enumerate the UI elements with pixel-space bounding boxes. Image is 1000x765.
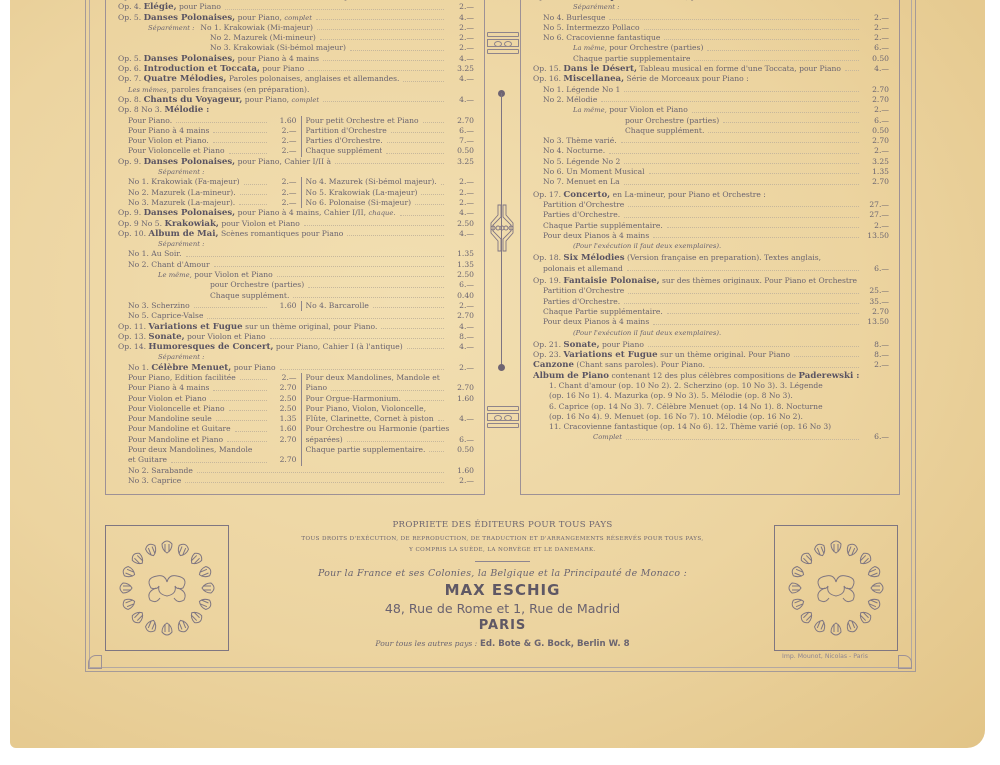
catalog-row: Op. 17. Concerto, en La-mineur, pour Pia…: [533, 190, 889, 200]
work-title: Quatre Mélodies,: [144, 74, 227, 84]
opus-number: Op. 9.: [118, 157, 141, 166]
price: 4.—: [863, 64, 889, 74]
entry-text: (Pour l'exécution il faut deux exemplair…: [533, 241, 721, 251]
price: 4.—: [448, 74, 474, 84]
price: 2.—: [448, 23, 474, 33]
work-title: Canzone: [533, 360, 574, 370]
dot-leader: [308, 280, 444, 287]
work-title: Danses Polonaises,: [144, 157, 236, 167]
entry-text: Canzone (Chant sans paroles). Pour Piano…: [533, 360, 705, 370]
price: 2.—: [448, 177, 474, 187]
ornament-bar: [487, 406, 519, 411]
entry-label: No 1. Krakowiak (Mi-majeur): [200, 23, 313, 32]
price: 2.70: [863, 136, 889, 146]
catalog-row: Op. 13. Sonate, pour Violon et Piano8.—: [118, 332, 474, 342]
catalog-row: Complet6.—: [533, 432, 889, 442]
work-title: Krakowiak,: [164, 219, 218, 229]
work-note: complet: [284, 14, 312, 22]
entry-text: Op. 8 No 3. Mélodie :: [118, 105, 209, 115]
price: 2.—: [863, 33, 889, 43]
catalog-row: Parties d'Orchestre.35.—: [533, 297, 889, 307]
dot-leader: [628, 200, 859, 207]
dot-leader: [225, 2, 444, 9]
publisher-imprint: PROPRIETE DES ÉDITEURS POUR TOUS PAYS TO…: [105, 515, 900, 665]
entry-text: No 3. Mazurek (La-majeur).: [128, 198, 235, 208]
opus-number: Op. 23.: [533, 350, 561, 359]
catalog-row: Pour Mandoline seule1.35: [128, 414, 297, 424]
price: 13.50: [863, 231, 889, 241]
entry-text: Op. 19. Fantaisie Polonaise, sur des thè…: [533, 276, 857, 286]
album-contents-line: (op. 16 No 4). 9. Menuet (op. 16 No 7). …: [533, 412, 889, 422]
work-title: Variations et Fugue: [148, 322, 242, 332]
dot-leader: [387, 136, 444, 143]
dot-leader: [421, 188, 444, 195]
entry-text: pour Orchestre (parties): [533, 116, 719, 126]
separately-label: Séparément :: [118, 24, 194, 32]
catalog-row: Pour Piano, Violon, Violoncelle,: [306, 404, 475, 414]
price: 1.60: [448, 394, 474, 404]
dot-leader: [405, 394, 444, 401]
dot-leader: [350, 43, 444, 50]
entry-label: Flûte, Clarinette, Cornet à piston: [306, 414, 434, 423]
entry-label: No 3. Thème varié.: [543, 136, 617, 145]
italic-note: Séparément :: [158, 353, 204, 361]
price-list-right: No 4. Mazurek (Si-bémol majeur).2.—No 5.…: [302, 177, 475, 208]
entry-label: Pour Orchestre ou Harmonie (parties: [306, 424, 450, 433]
dot-leader: [415, 198, 444, 205]
price: 4.—: [448, 229, 474, 239]
opus-number: Op. 9 No 5.: [118, 219, 162, 228]
entry-text: Op. 6. Introduction et Toccata, pour Pia…: [118, 64, 304, 74]
catalog-row: Les mêmes, paroles françaises (en prépar…: [118, 85, 474, 95]
entry-label: Parties d'Orchestre.: [543, 297, 620, 306]
work-description: pour Piano,: [238, 13, 282, 22]
price: 0.50: [863, 126, 889, 136]
dot-leader: [277, 270, 444, 277]
opus-number: Op. 5.: [118, 54, 141, 63]
opus-number: Op. 4.: [118, 2, 141, 11]
price: 2.70: [863, 307, 889, 317]
price: 25.—: [863, 286, 889, 296]
entry-text: Séparément :: [533, 2, 619, 12]
entry-label: No 2. Chant d'Amour: [128, 260, 210, 269]
price-list-right: No 4. Barcarolle2.—: [302, 301, 475, 311]
dot-leader: [709, 360, 859, 367]
entry-text: No 5. Légende No 2: [533, 157, 620, 167]
dot-leader: [323, 54, 444, 61]
price: 2.—: [863, 221, 889, 231]
catalog-row: Le même, pour Violon et Piano2.50: [118, 270, 474, 280]
price: 2.—: [271, 188, 297, 198]
entry-label: Pour Violoncelle et Piano: [128, 404, 225, 413]
catalog-row: Op. 5. Danses Polonaises, pour Piano à 4…: [118, 54, 474, 64]
catalog-row: Pour Violon et Piano.2.—: [128, 136, 297, 146]
ornament-bar: [487, 413, 519, 421]
catalog-row: No 3. Scherzino1.60: [128, 301, 297, 311]
opus-number: Op. 17.: [533, 190, 561, 199]
entry-text: Pour Orchestre ou Harmonie (parties: [306, 424, 450, 434]
catalog-row: No 1. Légende No 12.70: [533, 85, 889, 95]
price: 2.—: [863, 13, 889, 23]
entry-label: Pour Violon et Piano: [128, 394, 206, 403]
entry-text: No 3. Caprice: [118, 476, 181, 486]
entry-label: No 1. Au Soir.: [128, 249, 182, 258]
work-description: (Chant sans paroles). Pour Piano.: [576, 360, 705, 369]
item-number: No 1.: [128, 363, 149, 372]
catalog-row: Pour Mandoline et Guitare1.60: [128, 424, 297, 434]
dot-leader: [216, 414, 267, 421]
catalog-row: Op. 15. Dans le Désert, Tableau musical …: [533, 64, 889, 74]
work-title: Album de Mai,: [148, 229, 218, 239]
work-title: Miscellanea,: [563, 74, 624, 84]
catalog-row: No 3. Caprice2.—: [118, 476, 474, 486]
dot-leader: [609, 13, 859, 20]
two-column-prices: No 1. Krakowiak (Fa-majeur)2.—No 2. Mazu…: [118, 177, 474, 208]
entry-text: No 1. Au Soir.: [118, 249, 182, 259]
price: 2.70: [271, 455, 297, 465]
wreath-emblem-icon: [106, 526, 228, 650]
price: 8.—: [863, 340, 889, 350]
entry-text: Pour Violon et Piano.: [128, 136, 209, 146]
entry-label: No 4. Burlesque: [543, 13, 605, 22]
entry-label: No 2. Sarabande: [128, 466, 193, 475]
opus-number: Op. 9.: [118, 208, 141, 217]
catalog-row: No 1. Célèbre Menuet, pour Piano2.—: [118, 363, 474, 373]
entry-label: No 5. Caprice-Valse: [128, 311, 203, 320]
entry-text: Pour Mandoline et Piano: [128, 435, 223, 445]
entry-text: No 1. Krakowiak (Fa-majeur): [128, 177, 240, 187]
entry-label: Parties d'Orchestre.: [543, 210, 620, 219]
dot-leader: [624, 177, 859, 184]
entry-text: Op. 14. Humoresques de Concert, pour Pia…: [118, 342, 403, 352]
entry-label: No 7. Menuet en La: [543, 177, 620, 186]
entry-text: Op. 17. Concerto, en La-mineur, pour Pia…: [533, 190, 766, 200]
opus-number: Op. 7.: [118, 74, 141, 83]
entry-label: et Guitare: [128, 455, 167, 464]
price: 1.60: [271, 424, 297, 434]
dot-leader: [194, 301, 267, 308]
price: 4.—: [448, 95, 474, 105]
entry-text: No 7. Menuet en La: [533, 177, 620, 187]
italic-note: La même,: [573, 44, 607, 52]
dot-leader: [708, 126, 859, 133]
price: 2.—: [448, 188, 474, 198]
price: 6.—: [448, 126, 474, 136]
price: 2.—: [863, 23, 889, 33]
album-contents-text: (op. 16 No 1). 4. Mazurka (op. 9 No 3). …: [533, 391, 793, 401]
catalog-row: Séparément :No 1. Krakowiak (Mi-majeur)2…: [118, 23, 474, 33]
price: 2.—: [271, 373, 297, 383]
price: 1.60: [271, 116, 297, 126]
catalog-row: Op. 5. Danses Polonaises, pour Piano, co…: [118, 13, 474, 23]
dot-leader: [624, 297, 859, 304]
dot-leader: [335, 157, 444, 164]
entry-text: Pour Piano, Edition facilitée: [128, 373, 236, 383]
two-column-prices: Pour Piano, Edition facilitée2.—Pour Pia…: [118, 373, 474, 466]
catalog-row: Séparément :: [533, 2, 889, 12]
price: 2.50: [448, 270, 474, 280]
entry-text: Parties d'Orchestre.: [306, 136, 383, 146]
opus-number: Op. 8.: [118, 95, 141, 104]
entry-text: Op. 10. Album de Mai, Scènes romantiques…: [118, 229, 343, 239]
catalog-row: Op. 9 No 5. Krakowiak, pour Violon et Pi…: [118, 219, 474, 229]
dot-leader: [381, 322, 444, 329]
catalog-row: Op. 14. Humoresques de Concert, pour Pia…: [118, 342, 474, 352]
price: 35.—: [863, 297, 889, 307]
dot-leader: [210, 394, 266, 401]
entry-text: Pour Piano.: [128, 116, 172, 126]
catalog-row: Op. 7. Quatre Mélodies, Paroles polonais…: [118, 74, 474, 84]
entry-text: No 3. Krakowiak (Si-bémol majeur): [118, 43, 346, 53]
price: 0.50: [448, 146, 474, 156]
entry-label: Chaque supplément: [306, 146, 383, 155]
catalog-row: No 3. Mazurek (La-majeur).2.—: [128, 198, 297, 208]
dot-leader: [626, 432, 859, 439]
catalog-row: Album de Piano contenant 12 des plus cél…: [533, 371, 889, 381]
catalog-row: No 2. Chant d'Amour1.35: [118, 260, 474, 270]
entry-text: Pour deux Mandolines, Mandole: [128, 445, 252, 455]
price: 0.50: [863, 54, 889, 64]
catalog-row: Pour Piano.1.60: [128, 116, 297, 126]
work-title: Sonate,: [148, 332, 184, 342]
price-list-left: Pour Piano, Edition facilitée2.—Pour Pia…: [118, 373, 302, 466]
entry-text: No 6. Un Moment Musical: [533, 167, 645, 177]
work-title: Concerto,: [563, 190, 610, 200]
price: 2.—: [448, 476, 474, 486]
album-title: Album de Piano: [533, 371, 609, 381]
album-contents-text: 1. Chant d'amour (op. 10 No 2). 2. Scher…: [533, 381, 823, 391]
entry-text: Séparément :: [118, 352, 204, 362]
price: 0.40: [448, 291, 474, 301]
italic-note: Séparément :: [158, 168, 204, 176]
price: 6.—: [863, 264, 889, 274]
album-description: contenant 12 des plus célèbres compositi…: [611, 371, 796, 380]
price: 2.—: [448, 363, 474, 373]
price: 2.—: [863, 360, 889, 370]
opus-number: Op. 13.: [118, 332, 146, 341]
work-description: sur un thème original, pour Piano.: [245, 322, 377, 331]
dot-leader: [308, 64, 444, 71]
entry-text: Op. 7. Quatre Mélodies, Paroles polonais…: [118, 74, 399, 84]
entry-text: Op. 16. Miscellanea, Série de Morceaux p…: [533, 74, 749, 84]
entry-label: No 2. Mazurek (La-mineur).: [128, 188, 236, 197]
catalog-row: No 7. Menuet en La2.70: [533, 177, 889, 187]
price: 2.—: [271, 146, 297, 156]
work-title: Introduction et Toccata,: [144, 64, 260, 74]
entry-text: Pour Violon et Piano: [128, 394, 206, 404]
catalog-row: Op. 8. Chants du Voyageur, pour Piano, c…: [118, 95, 474, 105]
dot-leader: [391, 126, 444, 133]
opus-number: Op. 14.: [118, 342, 146, 351]
catalog-row: No 4. Burlesque2.—: [533, 13, 889, 23]
catalog-row: Op. 18. Six Mélodies (Version française …: [533, 253, 889, 263]
work-title: Danses Polonaises,: [144, 13, 236, 23]
price: 7.—: [448, 136, 474, 146]
entry-label: No 6. Polonaise (Si-majeur): [306, 198, 412, 207]
entry-label: Pour deux Pianos à 4 mains: [543, 231, 649, 240]
catalog-row: No 5. Intermezzo Pollaco2.—: [533, 23, 889, 33]
work-title: Célèbre Menuet,: [151, 363, 231, 373]
work-description: pour Piano, Cahier I/II à: [238, 157, 331, 166]
price: 2.50: [271, 394, 297, 404]
catalog-row: Chaque supplément.0.40: [118, 291, 474, 301]
catalog-row: Chaque partie supplementaire0.50: [533, 54, 889, 64]
entry-label: pour Violon et Piano: [609, 105, 688, 114]
catalog-row: pour Orchestre (parties)6.—: [118, 280, 474, 290]
entry-label: Partition d'Orchestre: [306, 126, 387, 135]
work-description: Paroles polonaises, anglaises et alleman…: [229, 74, 400, 83]
entry-text: No 4. Mazurek (Si-bémol majeur).: [306, 177, 437, 187]
catalog-column-left: Op. 4. Deux Morceaux de Piano. No 1. Pré…: [105, 0, 485, 495]
dot-leader: [694, 54, 859, 61]
entry-text: No 2. Sarabande: [118, 466, 193, 476]
dot-leader: [240, 188, 267, 195]
dot-leader: [323, 95, 444, 102]
entry-label: Pour Mandoline seule: [128, 414, 212, 423]
entry-label: No 3. Krakowiak (Si-bémol majeur): [210, 43, 346, 52]
entry-label: No 3. Mazurek (La-majeur).: [128, 198, 235, 207]
catalog-row: No 4. Nocturne.2.—: [533, 146, 889, 156]
catalog-row: et Guitare2.70: [128, 455, 297, 465]
catalog-row: Séparément :: [118, 239, 474, 249]
catalog-row: Pour Orchestre ou Harmonie (parties: [306, 424, 475, 434]
catalog-row: Op. 9. Danses Polonaises, pour Piano à 4…: [118, 208, 474, 218]
price: 1.35: [863, 167, 889, 177]
entry-text: Partition d'Orchestre: [533, 286, 624, 296]
entry-text: No 3. Scherzino: [128, 301, 190, 311]
work-title: Sonate,: [563, 340, 599, 350]
entry-text: Op. 11. Variations et Fugue sur un thème…: [118, 322, 377, 332]
album-contents-text: 6. Caprice (op. 14 No 3). 7. Célèbre Men…: [533, 402, 823, 412]
price: 6.—: [863, 43, 889, 53]
divider: [475, 561, 530, 562]
price: 2.—: [448, 2, 474, 12]
catalog-row: Canzone (Chant sans paroles). Pour Piano…: [533, 360, 889, 370]
work-description: No 1. Prélude et Caprice. No 2. Minuetto…: [268, 0, 429, 1]
entry-text: pour Orchestre (parties): [118, 280, 304, 290]
work-description: pour Piano: [602, 340, 644, 349]
dot-leader: [235, 424, 267, 431]
catalog-column-right: Op. 14. Humoresques de Concert, pour Pia…: [520, 0, 900, 495]
dot-leader: [667, 307, 859, 314]
catalog-row: Séparément :: [118, 352, 474, 362]
price: 2.70: [448, 383, 474, 393]
catalog-row: No 3. Thème varié.2.70: [533, 136, 889, 146]
price: 1.60: [448, 466, 474, 476]
price: 2.—: [271, 198, 297, 208]
price: 4.—: [448, 322, 474, 332]
price: 2.70: [863, 177, 889, 187]
work-title: Humoresques de Concert,: [148, 342, 273, 352]
entry-label: No 4. Mazurek (Si-bémol majeur).: [306, 177, 437, 186]
album-contents-text: (op. 16 No 4). 9. Menuet (op. 16 No 7). …: [533, 412, 803, 422]
other-publisher: Ed. Bote & G. Bock, Berlin W. 8: [480, 639, 630, 649]
entry-label: pour Orchestre (parties): [210, 280, 304, 289]
entry-text: Pour Orgue-Harmonium.: [306, 394, 401, 404]
catalog-row: Pour deux Mandolines, Mandole: [128, 445, 297, 455]
dot-leader: [438, 414, 444, 421]
entry-label: No 1. Krakowiak (Fa-majeur): [128, 177, 240, 186]
entry-text: No 5. Intermezzo Pollaco: [533, 23, 640, 33]
entry-text: Chaque Partie supplémentaire.: [533, 307, 663, 317]
entry-label: Pour Piano, Edition facilitée: [128, 373, 236, 382]
dot-leader: [423, 116, 444, 123]
entry-label: No 3. Caprice: [128, 476, 181, 485]
opus-number: Op. 19.: [533, 276, 561, 285]
catalog-row: No 2. Mélodie2.70: [533, 95, 889, 105]
entry-text: No 4. Barcarolle: [306, 301, 369, 311]
price: 4.—: [448, 414, 474, 424]
catalog-row: Pour Violoncelle et Piano2.50: [128, 404, 297, 414]
entry-text: Chaque partie supplementaire: [533, 54, 690, 64]
catalog-row: Pour deux Pianos à 4 mains13.50: [533, 317, 889, 327]
entry-text: Séparément :: [118, 167, 204, 177]
italic-note: Le même,: [158, 271, 192, 279]
catalog-row: La même, pour Violon et Piano2.—: [533, 105, 889, 115]
entry-label: Pour Violon et Piano.: [128, 136, 209, 145]
catalog-row: Op. 4. Elégie, pour Piano2.—: [118, 2, 474, 12]
price: 4.—: [448, 13, 474, 23]
dot-leader: [609, 146, 859, 153]
entry-text: Pour Mandoline seule: [128, 414, 212, 424]
wreath-emblem-left: [105, 525, 229, 651]
work-description: Scènes romantiques pour Piano: [221, 229, 343, 238]
catalog-row: Op. 21. Sonate, pour Piano8.—: [533, 340, 889, 350]
entry-label: No 1. Légende No 1: [543, 85, 620, 94]
frame-corner-ornament: [898, 655, 912, 669]
catalog-row: Pour Piano à 4 mains2.70: [128, 383, 297, 393]
other-countries-line: Pour tous les autres pays : Ed. Bote & G…: [235, 639, 770, 649]
price: 2.—: [448, 33, 474, 43]
work-title: Six Mélodies: [563, 253, 624, 263]
entry-label: Pour Piano.: [128, 116, 172, 125]
work-title: Fantaisie Polonaise,: [563, 276, 659, 286]
entry-text: No 4. Nocturne.: [533, 146, 605, 156]
catalog-row: Partition d'Orchestre25.—: [533, 286, 889, 296]
dot-leader: [400, 208, 444, 215]
catalog-row: Chaque Partie supplémentaire.2.70: [533, 307, 889, 317]
dot-leader: [653, 231, 859, 238]
opus-number: Op. 18.: [533, 253, 561, 262]
price: 3.25: [448, 64, 474, 74]
dot-leader: [240, 373, 267, 380]
price: 8.—: [448, 332, 474, 342]
price: 2.70: [863, 85, 889, 95]
entry-label: No 2. Mazurek (Mi-mineur): [210, 33, 316, 42]
dot-leader: [664, 33, 859, 40]
album-contents-line: 6. Caprice (op. 14 No 3). 7. Célèbre Men…: [533, 402, 889, 412]
price: 13.50: [863, 317, 889, 327]
price-list-left: No 3. Scherzino1.60: [118, 301, 302, 311]
dot-leader: [244, 177, 267, 184]
entry-text: Pour deux Pianos à 4 mains: [533, 231, 649, 241]
work-description: pour Piano, Cahier II (moderne).: [691, 0, 817, 1]
catalog-row: séparées)6.—: [306, 435, 475, 445]
ornament-bar: [487, 39, 519, 47]
entry-text: No 5. Caprice-Valse: [118, 311, 203, 321]
entry-text: No 2. Mélodie: [533, 95, 597, 105]
catalog-row: Séparément :: [118, 167, 474, 177]
entry-text: Op. 21. Sonate, pour Piano: [533, 340, 644, 350]
entry-text: No 6. Polonaise (Si-majeur): [306, 198, 412, 208]
work-description: (Version française en preparation). Text…: [627, 253, 821, 262]
catalog-row: Chaque partie supplementaire.0.50: [306, 445, 475, 455]
dot-leader: [227, 435, 266, 442]
entry-text: Séparément :: [118, 239, 204, 249]
opus-number: Op. 11.: [118, 322, 146, 331]
property-notice: PROPRIETE DES ÉDITEURS POUR TOUS PAYS: [235, 520, 770, 530]
opus-number: Op. 14.: [533, 0, 561, 1]
